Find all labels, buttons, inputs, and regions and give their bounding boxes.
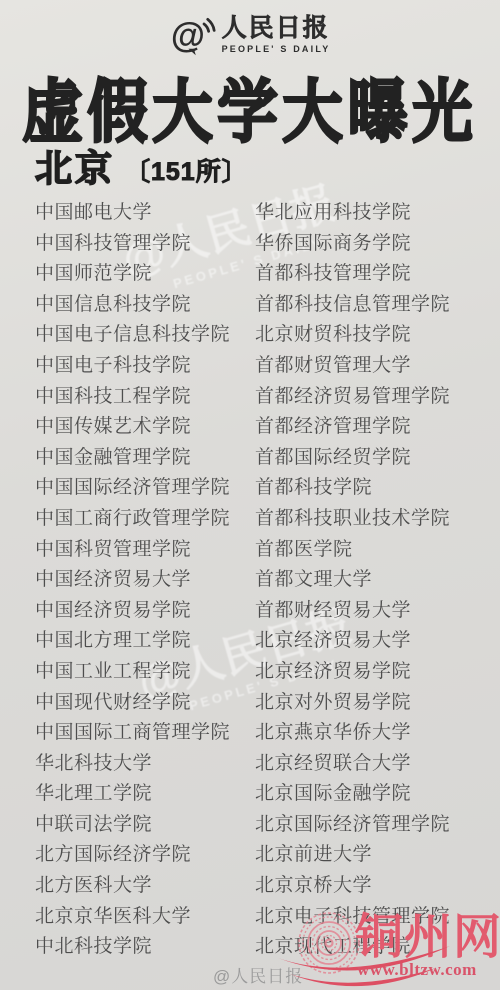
poster: @人民日报 PEOPLE' S DAILY @人民日报 PEOPLE' S DA… (0, 0, 500, 990)
university-row: 中国科技工程学院首都经济贸易管理学院 (35, 382, 494, 413)
logo-text-block: 人民日报 PEOPLE' S DAILY (222, 16, 331, 54)
university-name: 中国国际工商管理学院 (35, 718, 255, 749)
university-name: 华北应用科技学院 (255, 198, 494, 229)
university-row: 中国北方理工学院北京经济贸易大学 (35, 626, 494, 657)
university-name: 首都财贸管理大学 (255, 351, 494, 382)
university-name: 北京对外贸易学院 (255, 688, 494, 719)
university-name: 中国国际经济管理学院 (35, 473, 255, 504)
university-row: 中国经济贸易学院首都财经贸易大学 (35, 596, 494, 627)
university-name: 中国工业工程学院 (35, 657, 255, 688)
university-row: 中国传媒艺术学院首都经济管理学院 (35, 412, 494, 443)
university-name: 北京经贸联合大学 (255, 749, 494, 780)
university-name: 中国经济贸易大学 (35, 565, 255, 596)
university-row: 中联司法学院北京国际经济管理学院 (35, 810, 494, 841)
university-name: 中联司法学院 (35, 810, 255, 841)
university-name: 北京京华医科大学 (35, 902, 255, 933)
section-city: 北京 (35, 150, 115, 187)
university-row: 中国国际经济管理学院首都科技学院 (35, 473, 494, 504)
university-name: 中国科技工程学院 (35, 382, 255, 413)
university-name: 华北科技大学 (35, 749, 255, 780)
at-megaphone-icon: @ (170, 12, 216, 58)
university-name: 中国邮电大学 (35, 198, 255, 229)
logo-brand-text: 人民日报 (222, 16, 331, 41)
university-name: 中国经济贸易学院 (35, 596, 255, 627)
university-name: 中国科贸管理学院 (35, 535, 255, 566)
university-name: 北京财贸科技学院 (255, 320, 494, 351)
university-name: 北京国际金融学院 (255, 779, 494, 810)
university-row: 中国电子科技学院首都财贸管理大学 (35, 351, 494, 382)
university-row: 中国经济贸易大学首都文理大学 (35, 565, 494, 596)
university-name: 首都科技职业技术学院 (255, 504, 494, 535)
university-list: 中国邮电大学华北应用科技学院中国科技管理学院华侨国际商务学院中国师范学院首都科技… (35, 198, 494, 963)
university-name: 北京京桥大学 (255, 871, 494, 902)
university-name: 中国信息科技学院 (35, 290, 255, 321)
university-name: 北方医科大学 (35, 871, 255, 902)
university-name: 中国科技管理学院 (35, 229, 255, 260)
svg-text:@: @ (170, 16, 204, 55)
university-name: 中国电子科技学院 (35, 351, 255, 382)
logo-brand-subtext: PEOPLE' S DAILY (222, 45, 331, 54)
university-name: 中北科技学院 (35, 932, 255, 963)
university-row: 中国师范学院首都科技管理学院 (35, 259, 494, 290)
university-row: 中国现代财经学院北京对外贸易学院 (35, 688, 494, 719)
university-name: 北京国际经济管理学院 (255, 810, 494, 841)
university-name: 首都科技管理学院 (255, 259, 494, 290)
university-row: 中国科贸管理学院首都医学院 (35, 535, 494, 566)
university-name: 华侨国际商务学院 (255, 229, 494, 260)
university-name: 中国金融管理学院 (35, 443, 255, 474)
site-watermark-url: www.bltzw.com (357, 960, 477, 980)
university-row: 北方国际经济学院北京前进大学 (35, 840, 494, 871)
university-row: 中国工商行政管理学院首都科技职业技术学院 (35, 504, 494, 535)
university-name: 首都文理大学 (255, 565, 494, 596)
university-name: 北京前进大学 (255, 840, 494, 871)
university-row: 北方医科大学北京京桥大学 (35, 871, 494, 902)
university-row: 华北科技大学北京经贸联合大学 (35, 749, 494, 780)
university-name: 北京燕京华侨大学 (255, 718, 494, 749)
university-name: 首都医学院 (255, 535, 494, 566)
university-name: 北京经济贸易学院 (255, 657, 494, 688)
university-name: 首都财经贸易大学 (255, 596, 494, 627)
university-name: 中国现代财经学院 (35, 688, 255, 719)
university-name: 首都经济管理学院 (255, 412, 494, 443)
university-name: 中国北方理工学院 (35, 626, 255, 657)
university-name: 中国传媒艺术学院 (35, 412, 255, 443)
university-row: 中国邮电大学华北应用科技学院 (35, 198, 494, 229)
university-name: 首都经济贸易管理学院 (255, 382, 494, 413)
section-label: 北京 〔151所〕 (35, 150, 248, 187)
page-title: 虚假大学大曝光 (0, 58, 500, 156)
university-name: 首都科技信息管理学院 (255, 290, 494, 321)
university-row: 中国金融管理学院首都国际经贸学院 (35, 443, 494, 474)
university-row: 中国国际工商管理学院北京燕京华侨大学 (35, 718, 494, 749)
section-count: 〔151所〕 (125, 158, 248, 187)
university-name: 中国工商行政管理学院 (35, 504, 255, 535)
university-name: 北方国际经济学院 (35, 840, 255, 871)
university-name: 中国师范学院 (35, 259, 255, 290)
university-name: 首都科技学院 (255, 473, 494, 504)
university-name: 华北理工学院 (35, 779, 255, 810)
university-row: 中国电子信息科技学院北京财贸科技学院 (35, 320, 494, 351)
peoples-daily-logo: @ 人民日报 PEOPLE' S DAILY (0, 12, 500, 58)
university-name: 中国电子信息科技学院 (35, 320, 255, 351)
university-name: 北京经济贸易大学 (255, 626, 494, 657)
university-row: 中国信息科技学院首都科技信息管理学院 (35, 290, 494, 321)
university-row: 中国工业工程学院北京经济贸易学院 (35, 657, 494, 688)
university-row: 华北理工学院北京国际金融学院 (35, 779, 494, 810)
university-row: 中国科技管理学院华侨国际商务学院 (35, 229, 494, 260)
university-name: 首都国际经贸学院 (255, 443, 494, 474)
